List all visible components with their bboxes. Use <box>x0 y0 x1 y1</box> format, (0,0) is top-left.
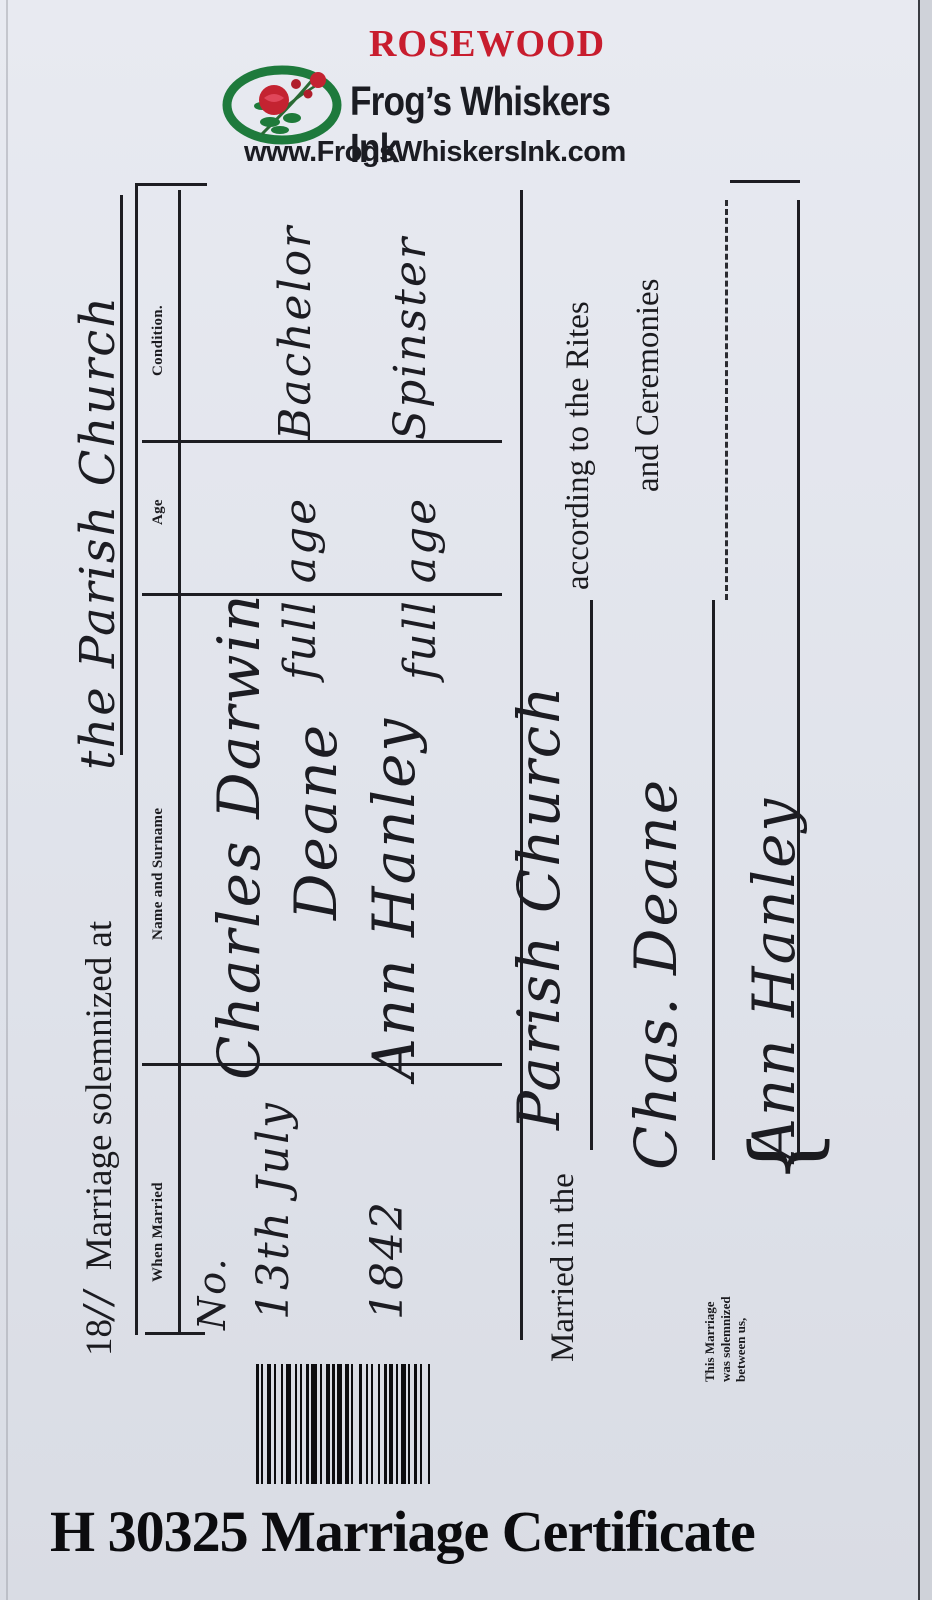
table-left-border <box>135 185 138 1335</box>
bride-age: full age <box>395 497 446 680</box>
married-in-handwritten: Parish Church <box>505 685 573 1130</box>
signature-groom: Chas. Deane <box>622 778 690 1170</box>
column-header-age: Age <box>150 499 167 525</box>
year-prefix: 18 <box>79 1319 120 1356</box>
row-divider-condition-age <box>142 440 502 443</box>
column-header-name-and-surname: Name and Surname <box>150 808 167 940</box>
marriage-certificate: 18// Marriage solemnized at the Parish C… <box>0 0 932 1600</box>
row-divider-name-when <box>142 1063 502 1066</box>
product-title: H 30325 Marriage Certificate <box>50 1498 890 1565</box>
dashed-line-upper <box>725 200 728 600</box>
certificate-heading: 18// Marriage solemnized at <box>76 921 121 1356</box>
entry-number: No. <box>190 1256 234 1330</box>
heading-text: Marriage solemnized at <box>79 921 120 1270</box>
married-in-label: Married in the <box>545 1173 582 1362</box>
year-handwritten: // <box>76 1289 120 1319</box>
married-in-suffix-2: and Ceremonies <box>630 278 667 492</box>
entry-year: 1842 <box>362 1200 413 1320</box>
signature-line-1 <box>712 600 715 1160</box>
barcode-icon <box>256 1364 618 1484</box>
married-in-underline <box>590 600 593 1150</box>
heading-place-underline <box>120 195 123 755</box>
groom-age: full age <box>275 497 326 680</box>
signature-line-2 <box>797 200 800 1160</box>
groom-name: Charles Darwin <box>205 593 273 1080</box>
married-in-suffix: according to the Rites <box>560 301 597 590</box>
heading-place-handwritten: the Parish Church <box>70 295 126 770</box>
groom-condition: Bachelor <box>270 225 321 440</box>
column-header-condition: Condition. <box>150 305 167 376</box>
table-header-divider <box>178 190 181 1335</box>
solemnized-between-label: This Marriage was solemnized between us, <box>702 1296 749 1382</box>
table-top-border <box>135 183 207 186</box>
table-bottom-border <box>145 1332 205 1335</box>
entry-date: 13th July <box>248 1101 299 1320</box>
bride-condition: Spinster <box>385 236 436 440</box>
column-header-when-married: When Married <box>150 1182 167 1282</box>
upper-brace-top <box>730 180 800 183</box>
groom-surname: Deane <box>282 723 350 920</box>
bride-name: Ann Hanley <box>360 717 428 1080</box>
